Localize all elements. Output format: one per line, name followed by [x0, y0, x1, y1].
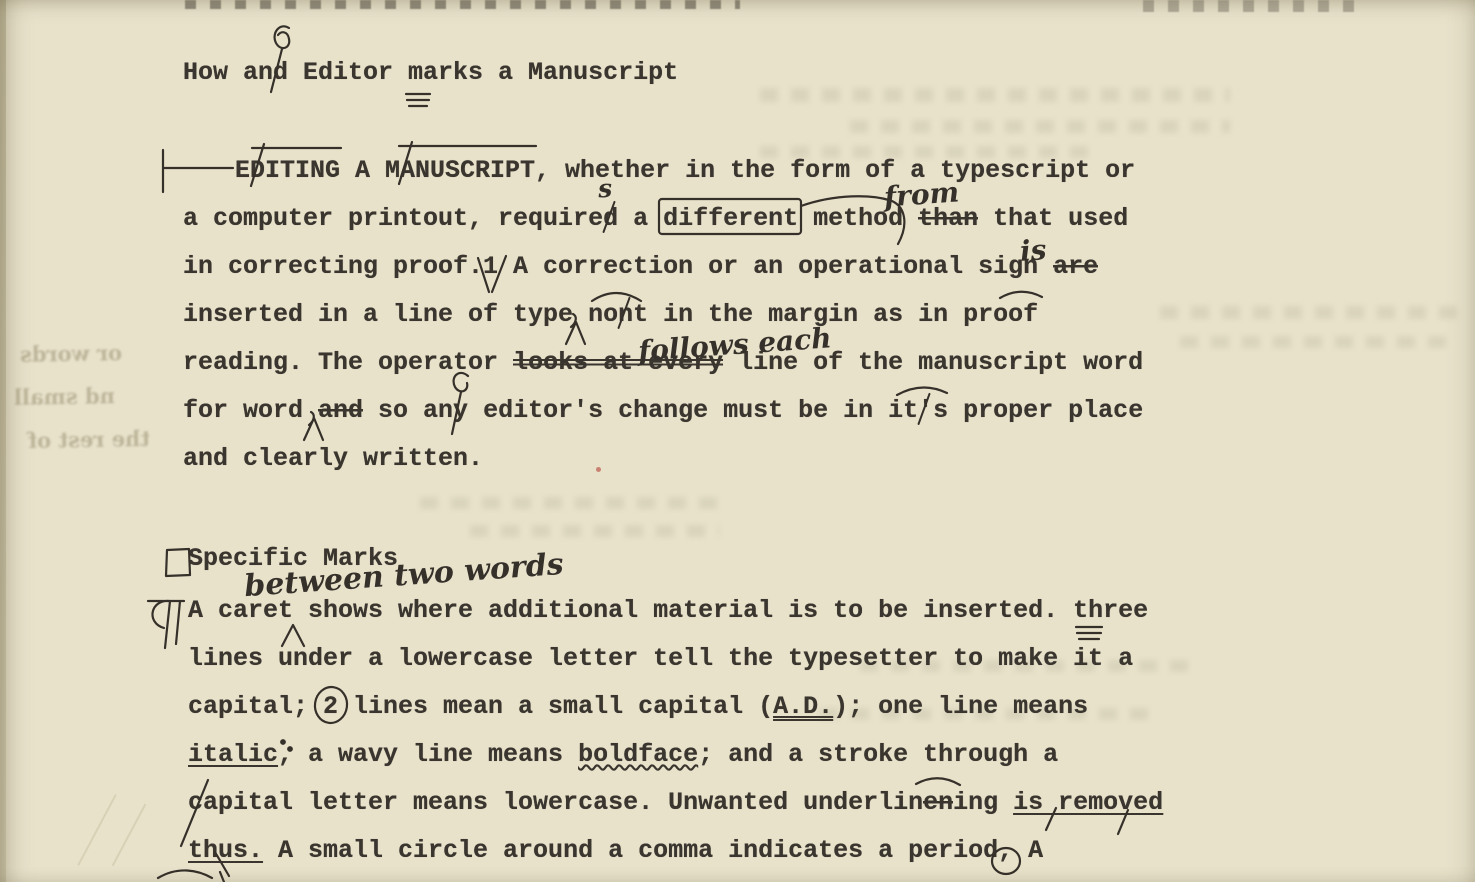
close-up-arc-mark	[916, 778, 960, 785]
transposition-box-mark	[659, 199, 801, 234]
scanned-manuscript-page: or words nd small the rest of How and Ed…	[0, 0, 1475, 882]
close-up-arc-mark	[897, 387, 947, 395]
superscript-caret-mark	[478, 256, 506, 292]
deleatur-mark	[271, 26, 289, 92]
lowercase-overline-mark	[251, 144, 341, 186]
close-up-arc-mark	[1000, 292, 1042, 298]
proofreading-marks-layer	[0, 0, 1475, 882]
clipped-handwriting-stroke	[158, 870, 224, 882]
deleatur-mark	[452, 373, 468, 434]
underline-removal-slash-mark	[1046, 808, 1128, 834]
insert-comma-mark	[566, 314, 585, 344]
indent-mark	[163, 150, 233, 192]
circle-spell-out-mark	[313, 685, 350, 725]
lowercase-slash-mark	[181, 780, 208, 846]
ink-speck	[596, 467, 601, 472]
transposition-curve-mark	[801, 196, 904, 244]
paragraph-pilcrow-mark	[148, 601, 184, 648]
square-mark	[166, 549, 190, 576]
triple-underline-capitalize-mark	[1076, 627, 1102, 639]
page-left-edge	[0, 0, 6, 882]
insert-comma-mark	[304, 412, 323, 440]
semicolon-dots-mark	[281, 740, 292, 751]
circle-period-mark	[992, 848, 1020, 874]
insertion-caret-mark	[282, 625, 304, 646]
underline-removal-slash-mark	[215, 852, 229, 876]
close-up-arc-mark	[592, 293, 641, 301]
lowercase-overline-mark	[399, 142, 536, 184]
triple-underline-capitalize-mark	[406, 94, 430, 106]
